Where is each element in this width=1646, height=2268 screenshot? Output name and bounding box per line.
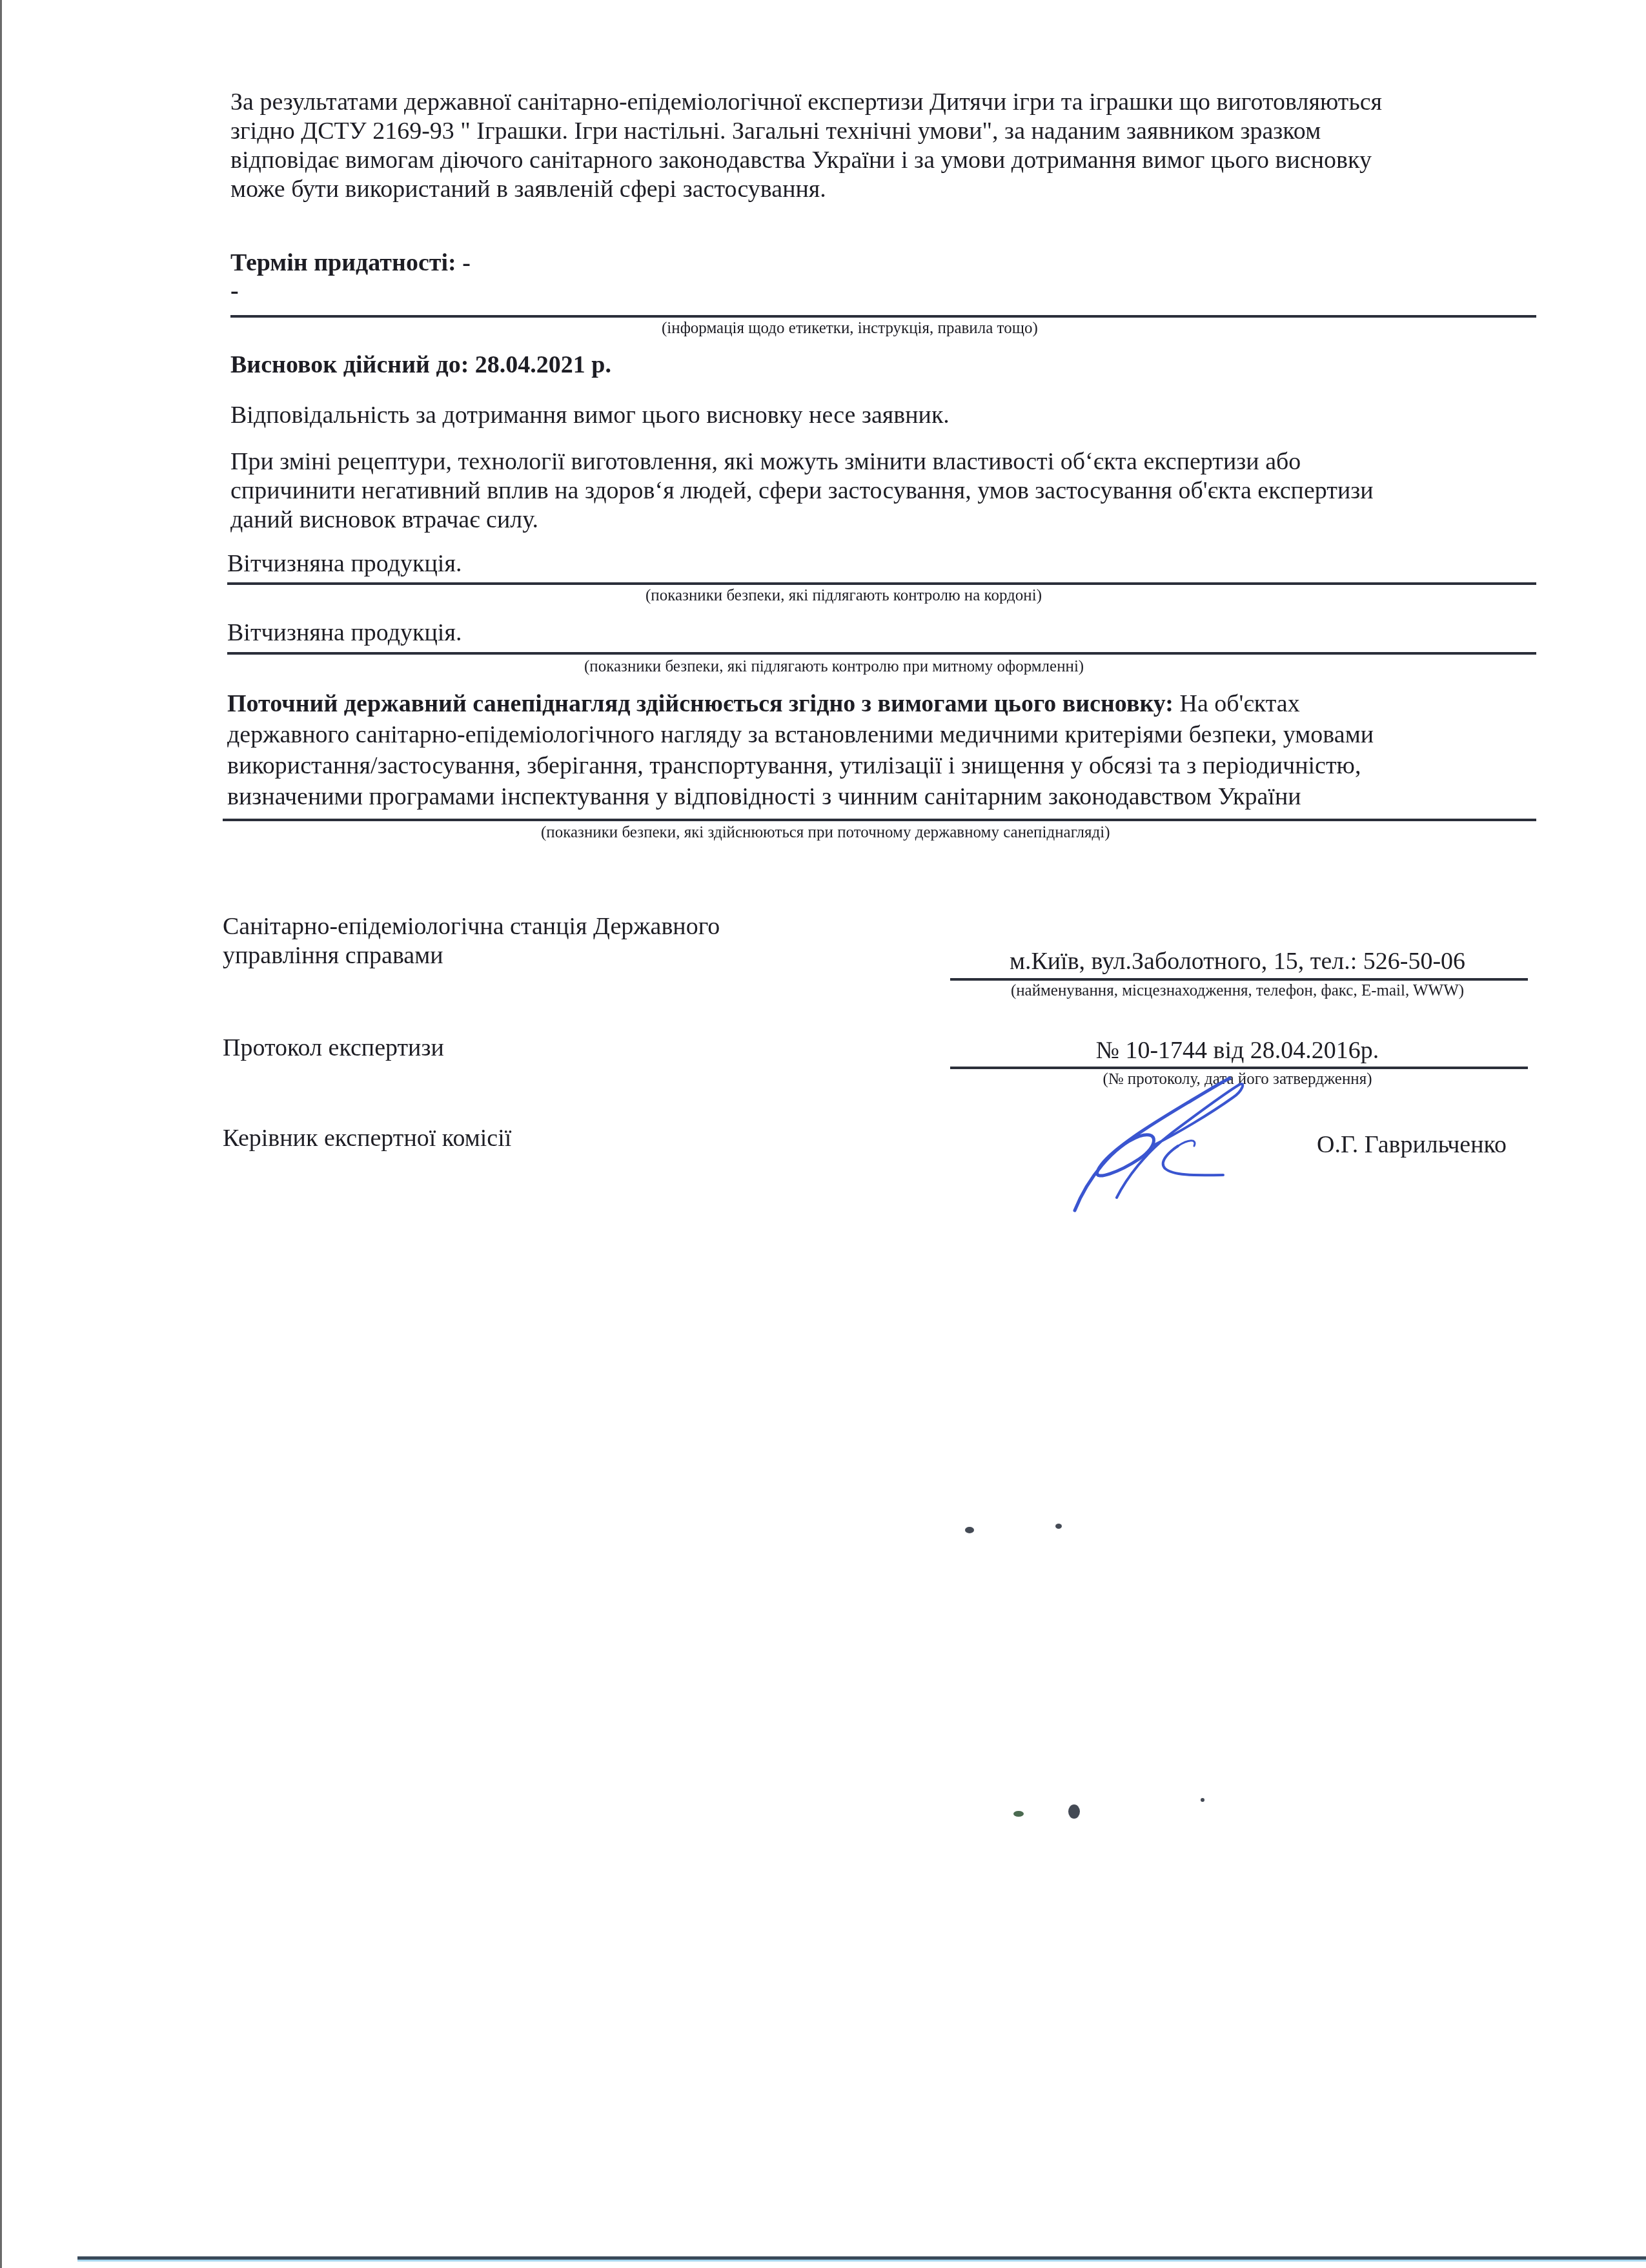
protocol-label: Протокол експертизи (223, 1032, 444, 1064)
valid-until: Висновок дійсний до: 28.04.2021 р. (230, 349, 611, 381)
scan-speck (1068, 1804, 1080, 1819)
commission-head-name: О.Г. Гаврильченко (1317, 1129, 1507, 1161)
scan-speck (1055, 1524, 1062, 1529)
supervision-text-start: На об'єктах (1174, 690, 1300, 717)
intro-line-2: згідно ДСТУ 2169-93 " Іграшки. Ігри наст… (230, 115, 1321, 147)
shelf-life-caption: (інформація щодо етикетки, інструкція, п… (662, 319, 1038, 338)
issuer-address: м.Київ, вул.Заболотного, 15, тел.: 526-5… (950, 945, 1525, 977)
intro-line-3: відповідає вимогам діючого санітарного з… (230, 144, 1372, 176)
scan-speck (1201, 1798, 1204, 1802)
scan-speck (1013, 1811, 1024, 1817)
change-clause-line-2: спричинити негативний вплив на здоров‘я … (230, 475, 1374, 507)
customs-control-value: Вітчизняна продукція. (227, 617, 462, 649)
supervision-line-1: Поточний державний санепіднагляд здійсню… (227, 688, 1300, 720)
supervision-label: Поточний державний санепіднагляд здійсню… (227, 690, 1174, 717)
issuer-caption: (найменування, місцезнаходження, телефон… (950, 981, 1525, 1001)
responsibility-statement: Відповідальність за дотримання вимог цьо… (230, 399, 950, 431)
change-clause-line-3: даний висновок втрачає силу. (230, 504, 538, 536)
shelf-life-label: Термін придатності: - (230, 247, 471, 279)
customs-control-caption: (показники безпеки, які підлягають контр… (584, 657, 1084, 677)
issuer-name-line-1: Санітарно-епідеміологічна станція Держав… (223, 910, 720, 943)
issuer-rule (950, 978, 1528, 981)
scan-bottom-edge (77, 2256, 1646, 2262)
supervision-caption: (показники безпеки, які здійснюються при… (541, 823, 1110, 843)
scan-edge (0, 0, 2, 2268)
border-control-caption: (показники безпеки, які підлягають контр… (645, 586, 1042, 606)
customs-control-rule (227, 652, 1536, 655)
border-control-rule (227, 582, 1536, 585)
protocol-value: № 10-1744 від 28.04.2016р. (950, 1034, 1525, 1067)
shelf-life-rule (230, 315, 1536, 318)
supervision-line-3: використання/застосування, зберігання, т… (227, 750, 1361, 782)
supervision-line-4: визначеними програмами інспектування у в… (227, 781, 1301, 813)
supervision-rule (223, 819, 1536, 821)
intro-line-4: може бути використаний в заявленій сфері… (230, 173, 826, 205)
protocol-rule (950, 1067, 1528, 1069)
border-control-value: Вітчизняна продукція. (227, 547, 462, 580)
commission-head-label: Керівник експертної комісії (223, 1122, 511, 1154)
intro-line-1: За результатами державної санітарно-епід… (230, 86, 1382, 118)
shelf-life-value: - (230, 274, 239, 307)
document-page: За результатами державної санітарно-епід… (0, 0, 1646, 2268)
signature-icon (1068, 1075, 1275, 1223)
issuer-name-line-2: управління справами (223, 939, 443, 972)
change-clause-line-1: При зміні рецептури, технології виготовл… (230, 445, 1301, 478)
supervision-line-2: державного санітарно-епідеміологічного н… (227, 719, 1374, 751)
scan-speck (965, 1527, 974, 1533)
